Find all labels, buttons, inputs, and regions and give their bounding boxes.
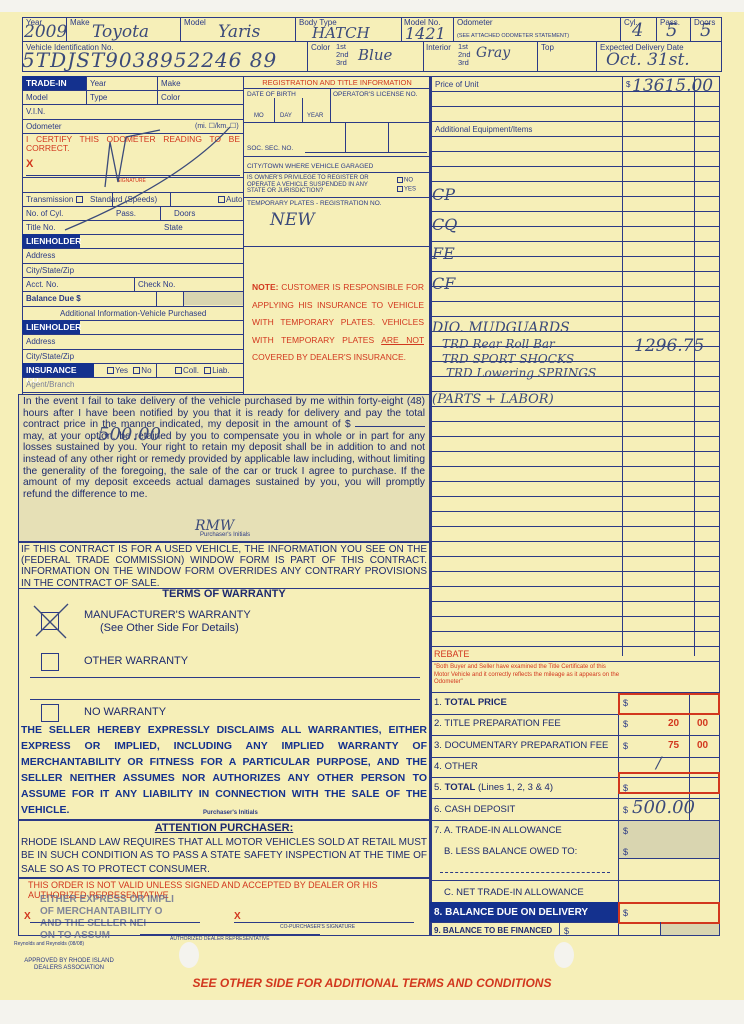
cyl-value[interactable]: 4 bbox=[632, 20, 643, 41]
offset-print-ghost: EITHER EXPRESS OR IMPLI OF MERCHANTABILI… bbox=[40, 894, 174, 942]
total-label: 5. TOTAL (Lines 1, 2, 3 & 4) bbox=[434, 782, 553, 793]
other-warranty-checkbox[interactable] bbox=[41, 653, 59, 671]
purchaser-signature-x: X bbox=[24, 911, 31, 922]
printer-credit: Reynolds and Reynolds (08/08) bbox=[14, 941, 84, 947]
approved-by: APPROVED BY RHODE ISLAND DEALERS ASSOCIA… bbox=[14, 958, 124, 972]
trade-odometer-label: Odometer bbox=[26, 122, 62, 131]
trade-model-label: Model bbox=[26, 93, 48, 102]
other-value[interactable]: / bbox=[656, 753, 661, 772]
dob-mo-label: MO bbox=[254, 113, 264, 119]
title-fee-dollars[interactable]: 20 bbox=[668, 718, 679, 729]
attention-header: ATTENTION PURCHASER: bbox=[18, 822, 430, 834]
title-fee-cents[interactable]: 00 bbox=[697, 718, 708, 729]
deposit-amount[interactable]: 500.00 bbox=[98, 424, 161, 445]
net-trade-label: C. NET TRADE-IN ALLOWANCE bbox=[444, 887, 584, 898]
no-cyl-label: No. of Cyl. bbox=[26, 209, 63, 218]
accessory-2[interactable]: TRD Rear Roll Bar bbox=[442, 337, 555, 351]
price-of-unit-value[interactable]: 13615.00 bbox=[632, 76, 713, 96]
total-price-dollar: $ bbox=[623, 698, 628, 708]
title-mileage-note: "Both Buyer and Seller have examined the… bbox=[434, 664, 620, 687]
total-price-box[interactable] bbox=[618, 693, 720, 715]
equipment-item-1[interactable]: CP bbox=[432, 185, 455, 204]
cash-deposit-label: 6. CASH DEPOSIT bbox=[434, 804, 515, 815]
make-value[interactable]: Toyota bbox=[92, 22, 149, 42]
delivery-date-value[interactable]: Oct. 31st. bbox=[606, 50, 690, 70]
deposit-clause-text: In the event I fail to take delivery of … bbox=[23, 396, 425, 500]
no-warranty-label: NO WARRANTY bbox=[84, 706, 166, 718]
suspended-question: IS OWNER'S PRIVILEGE TO REGISTER OR OPER… bbox=[247, 175, 387, 195]
purchase-order-form: Year 2009 Make Toyota Model Yaris Body T… bbox=[0, 12, 744, 1000]
color-value[interactable]: Blue bbox=[358, 46, 392, 64]
lien1-address-label: Address bbox=[26, 251, 55, 260]
top-label: Top bbox=[541, 43, 554, 52]
other-warranty-label: OTHER WARRANTY bbox=[84, 655, 188, 667]
attention-text: RHODE ISLAND LAW REQUIRES THAT ALL MOTOR… bbox=[21, 836, 427, 876]
trade-type-label: Type bbox=[90, 93, 107, 102]
year-value[interactable]: 2009 bbox=[24, 22, 67, 42]
disclaimer-initials-label: Purchaser's Initials bbox=[203, 810, 258, 816]
interior-label: Interior bbox=[426, 43, 451, 52]
doc-fee-cents[interactable]: 00 bbox=[697, 740, 708, 751]
lienholder-2-header: LIENHOLDER bbox=[22, 320, 80, 334]
suspended-no[interactable]: NO bbox=[397, 177, 413, 184]
accessory-1[interactable]: DIO. MUDGUARDS bbox=[432, 320, 570, 336]
model-value[interactable]: Yaris bbox=[218, 22, 260, 42]
ssn-label: SOC. SEC. NO. bbox=[247, 145, 293, 152]
cash-deposit-value[interactable]: 500.00 bbox=[632, 797, 695, 818]
vin-value[interactable]: 5TDJST9038952246 89 bbox=[22, 48, 277, 72]
garaged-city-label: CITY/TOWN WHERE VEHICLE GARAGED bbox=[247, 163, 373, 170]
temp-plates-label: TEMPORARY PLATES - REGISTRATION NO. bbox=[247, 200, 382, 207]
balance-due-label: Balance Due $ bbox=[26, 294, 81, 303]
odometer-label: Odometer bbox=[457, 18, 493, 27]
balance-financed-label: 9. BALANCE TO BE FINANCED bbox=[434, 926, 552, 935]
purchaser-signature-line[interactable] bbox=[30, 922, 200, 923]
warranty-disclaimer: THE SELLER HEREBY EXPRESSLY DISCLAIMS AL… bbox=[21, 722, 427, 818]
deposit-initials-label: Purchaser's Initials bbox=[200, 532, 250, 538]
co-purchaser-signature-x: X bbox=[234, 911, 241, 922]
equipment-item-2[interactable]: CQ bbox=[432, 215, 457, 234]
not-applicable-scrawl bbox=[60, 122, 240, 232]
co-purchaser-label: CO-PURCHASER'S SIGNATURE bbox=[280, 924, 355, 930]
equipment-item-4[interactable]: CF bbox=[432, 274, 455, 293]
trade-make-label: Make bbox=[161, 79, 181, 88]
odometer-note: (SEE ATTACHED ODOMETER STATEMENT) bbox=[457, 33, 569, 39]
insurance-coverage[interactable]: Coll. Liab. bbox=[175, 366, 230, 375]
accessories-price[interactable]: 1296.75 bbox=[634, 336, 704, 356]
acct-no-label: Acct. No. bbox=[26, 280, 58, 289]
license-label: OPERATOR'S LICENSE NO. bbox=[333, 91, 417, 98]
trade-color-label: Color bbox=[161, 93, 180, 102]
lien1-city-label: City/State/Zip bbox=[26, 266, 74, 275]
body-type-value[interactable]: HATCH bbox=[312, 24, 370, 42]
temp-plates-value[interactable]: NEW bbox=[270, 210, 315, 230]
used-vehicle-notice: IF THIS CONTRACT IS FOR A USED VEHICLE, … bbox=[21, 544, 427, 589]
lienholder-1-header: LIENHOLDER bbox=[22, 234, 80, 248]
trade-year-label: Year bbox=[90, 79, 106, 88]
suspended-yes[interactable]: YES bbox=[397, 186, 416, 193]
accessory-4[interactable]: TRD Lowering SPRINGS bbox=[446, 366, 596, 380]
accessory-5[interactable]: (PARTS + LABOR) bbox=[432, 392, 554, 407]
trade-vin-label: V.I.N. bbox=[26, 107, 45, 116]
color-label: Color bbox=[311, 43, 330, 52]
color-ordinals: 1st2nd3rd bbox=[336, 43, 349, 67]
accessory-3[interactable]: TRD SPORT SHOCKS bbox=[442, 352, 574, 366]
doc-fee-label: 3. DOCUMENTARY PREPARATION FEE bbox=[434, 740, 608, 751]
signature-x-mark: X bbox=[26, 158, 33, 170]
insurance-header: INSURANCE CO. bbox=[22, 363, 94, 377]
doors-value[interactable]: 5 bbox=[700, 20, 711, 41]
interior-ordinals: 1st2nd3rd bbox=[458, 43, 471, 67]
dob-label: DATE OF BIRTH bbox=[247, 91, 296, 98]
registration-header: REGISTRATION AND TITLE INFORMATION bbox=[244, 78, 430, 87]
balance-owed-label: B. LESS BALANCE OWED TO: bbox=[444, 846, 577, 857]
trade-in-header: TRADE-IN bbox=[22, 76, 86, 90]
no-warranty-checkbox[interactable] bbox=[41, 704, 59, 722]
make-label: Make bbox=[70, 18, 90, 27]
balance-due-box[interactable] bbox=[618, 902, 720, 924]
dealer-rep-line[interactable] bbox=[140, 934, 320, 935]
additional-info-label: Additional Information-Vehicle Purchased bbox=[60, 309, 206, 318]
dob-year-label: YEAR bbox=[307, 113, 323, 119]
co-purchaser-signature-line[interactable] bbox=[234, 922, 414, 923]
dob-day-label: DAY bbox=[280, 113, 292, 119]
total-box[interactable] bbox=[618, 772, 720, 794]
price-dollar-sign: $ bbox=[626, 80, 630, 89]
checkmark-x-icon bbox=[32, 602, 72, 642]
insurance-note: NOTE: CUSTOMER IS RESPONSIBLE FOR APPLYI… bbox=[252, 279, 424, 367]
owed-to-blank[interactable] bbox=[440, 872, 610, 873]
price-of-unit-label: Price of Unit bbox=[435, 80, 479, 89]
model-no-value[interactable]: 1421 bbox=[405, 24, 446, 43]
doc-fee-dollars[interactable]: 75 bbox=[668, 740, 679, 751]
dealer-rep-label: AUTHORIZED DEALER REPRESENTATIVE bbox=[170, 936, 270, 942]
additional-equipment-label: Additional Equipment/Items bbox=[435, 125, 532, 134]
equipment-item-3[interactable]: FE bbox=[432, 244, 455, 263]
model-label: Model bbox=[184, 18, 206, 27]
title-no-label: Title No. bbox=[26, 223, 56, 232]
title-fee-label: 2. TITLE PREPARATION FEE bbox=[434, 718, 561, 729]
trade-allowance-label: 7. A. TRADE-IN ALLOWANCE bbox=[434, 825, 562, 836]
other-label: 4. OTHER bbox=[434, 761, 478, 772]
punch-hole-right bbox=[554, 942, 574, 968]
total-price-label: 1. TOTAL PRICE bbox=[434, 697, 507, 708]
see-other-side: SEE OTHER SIDE FOR ADDITIONAL TERMS AND … bbox=[0, 976, 744, 990]
punch-hole-left bbox=[179, 942, 199, 968]
balance-due-label: 8. BALANCE DUE ON DELIVERY bbox=[434, 907, 588, 918]
lien2-city-label: City/State/Zip bbox=[26, 352, 74, 361]
agent-branch-label: Agent/Branch bbox=[26, 380, 74, 389]
interior-value[interactable]: Gray bbox=[476, 45, 510, 61]
warranty-header: TERMS OF WARRANTY bbox=[18, 588, 430, 600]
manufacturer-warranty-sub: (See Other Side For Details) bbox=[100, 622, 239, 634]
manufacturer-warranty-label: MANUFACTURER'S WARRANTY bbox=[84, 609, 251, 621]
rebate-label: REBATE bbox=[434, 649, 469, 659]
pass-value[interactable]: 5 bbox=[666, 20, 677, 41]
check-no-label: Check No. bbox=[138, 280, 175, 289]
insurance-yes[interactable]: Yes No bbox=[107, 366, 152, 375]
lien2-address-label: Address bbox=[26, 337, 55, 346]
